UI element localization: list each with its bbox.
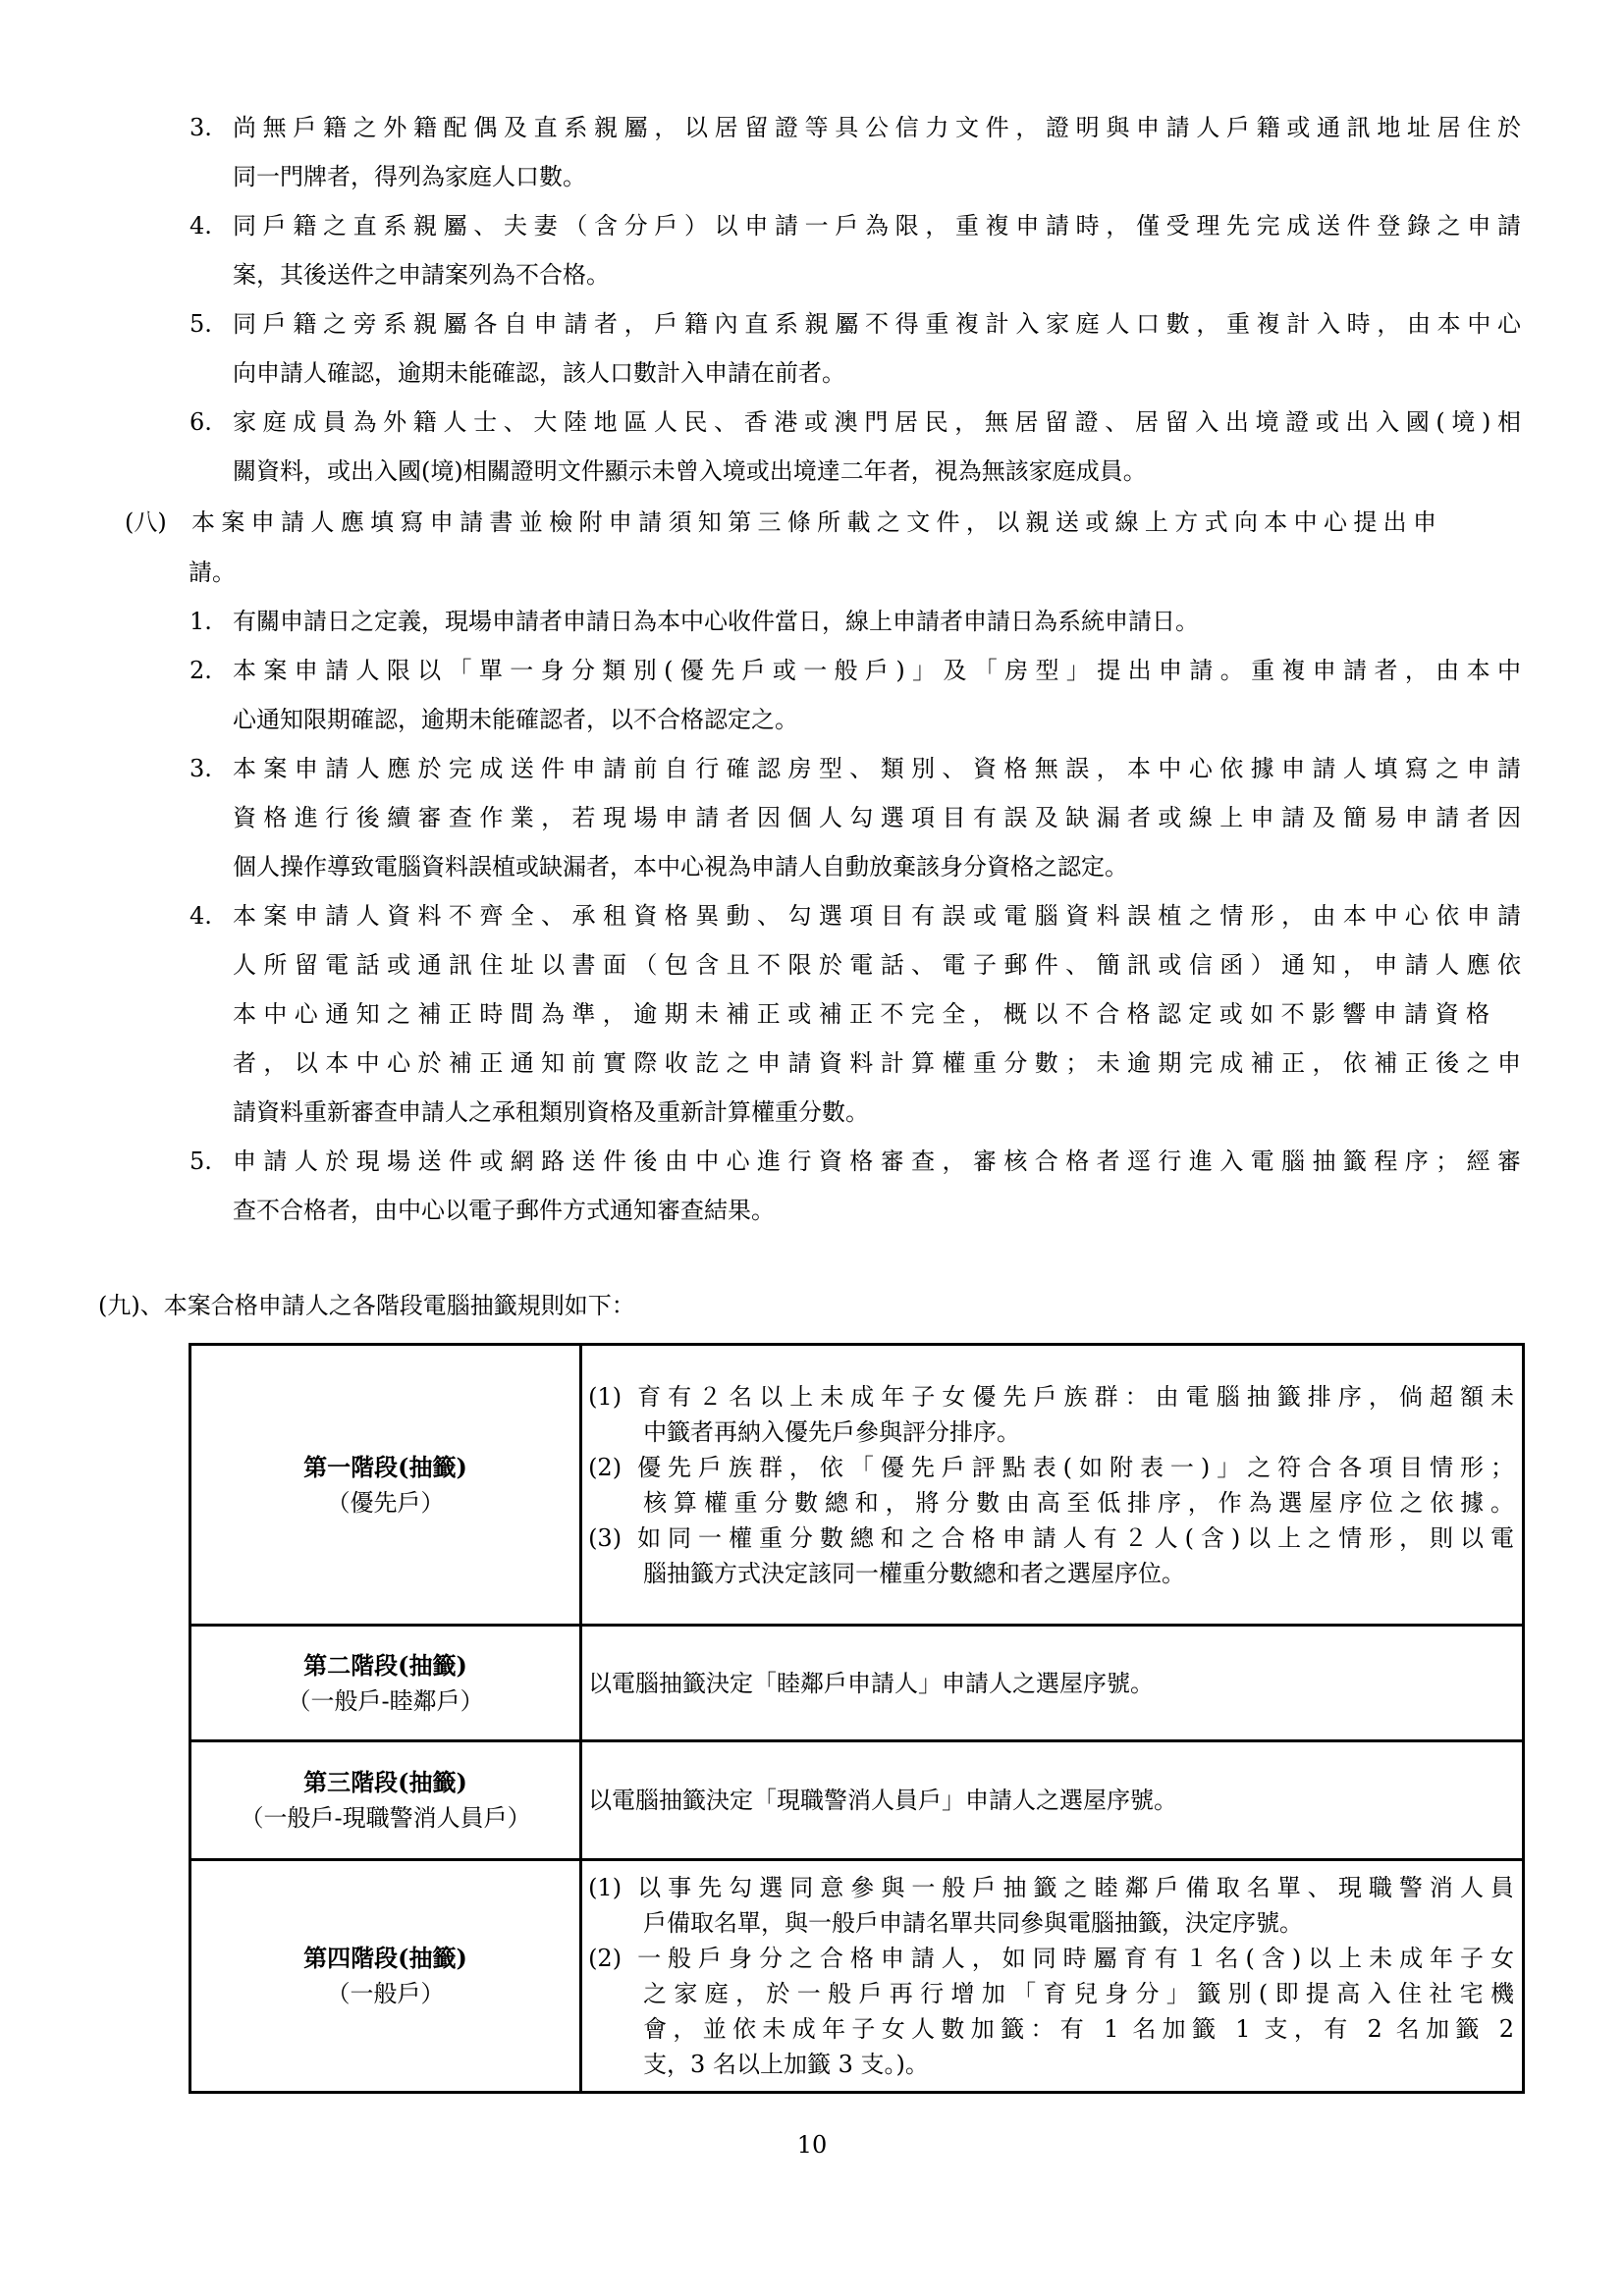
- rule-line: 育有２名以上未成年子女優先戶族群：由電腦抽籤排序，倘超額未: [637, 1379, 1514, 1415]
- stage-subtitle: （優先戶）: [191, 1485, 579, 1521]
- rule-line: 以事先勾選同意參與一般戶抽籤之睦鄰戶備取名單、現職警消人員: [637, 1870, 1514, 1905]
- rule-item: (2)一般戶身分之合格申請人，如同時屬育有１名(含)以上未成年子女 之家庭，於一…: [588, 1941, 1514, 2082]
- item-marker: 5.: [189, 307, 212, 341]
- item-text-line: 本中心通知之補正時間為準，逾期未補正或補正不完全，概以不合格認定或如不影響申請資…: [233, 997, 1489, 1031]
- item-text-line: 本案申請人應於完成送件申請前自行確認房型、類別、資格無誤，本中心依據申請人填寫之…: [233, 752, 1521, 785]
- stage-subtitle: （一般戶）: [191, 1976, 579, 2011]
- rule-line: 一般戶身分之合格申請人，如同時屬育有１名(含)以上未成年子女: [637, 1941, 1514, 1976]
- section-heading-line: 請。: [189, 556, 1434, 589]
- stage-cell: 第一階段(抽籤) （優先戶）: [190, 1345, 581, 1626]
- item-marker: 4.: [189, 209, 212, 242]
- item-marker: 1.: [189, 605, 212, 638]
- item-text-line: 有關申請日之定義，現場申請者申請日為本中心收件當日，線上申請者申請日為系統申請日…: [233, 605, 1521, 638]
- rule-item: (1)以事先勾選同意參與一般戶抽籤之睦鄰戶備取名單、現職警消人員 戶備取名單，與…: [588, 1870, 1514, 1941]
- item-text-line: 個人操作導致電腦資料誤植或缺漏者，本中心視為申請人自動放棄該身分資格之認定。: [233, 850, 1521, 883]
- stage-cell: 第四階段(抽籤) （一般戶）: [190, 1860, 581, 2093]
- rule-line: 腦抽籤方式決定該同一權重分數總和者之選屋序位。: [588, 1556, 1514, 1591]
- rule-item: (2)優先戶族群，依「優先戶評點表(如附表一)」之符合各項目情形； 核算權重分數…: [588, 1450, 1514, 1521]
- item-text-line: 本案申請人限以「單一身分類別(優先戶或一般戶)」及「房型」提出申請。重複申請者，…: [233, 654, 1521, 687]
- rule-marker: (3): [588, 1521, 637, 1556]
- section-heading-line: 本案申請人應填寫申請書並檢附申請須知第三條所載之文件，以親送或線上方式向本中心提…: [191, 506, 1436, 539]
- item-text-line: 關資料，或出入國(境)相關證明文件顯示未曾入境或出境達二年者，視為無該家庭成員。: [233, 454, 1521, 488]
- rule-line: 中籤者再納入優先戶參與評分排序。: [588, 1415, 1514, 1450]
- item-text-line: 案，其後送件之申請案列為不合格。: [233, 258, 1521, 292]
- table-row: 第四階段(抽籤) （一般戶） (1)以事先勾選同意參與一般戶抽籤之睦鄰戶備取名單…: [190, 1860, 1524, 2093]
- rule-line: 之家庭，於一般戶再行增加「育兒身分」籤別(即提高入住社宅機: [588, 1976, 1514, 2011]
- document-page: 3. 尚無戶籍之外籍配偶及直系親屬，以居留證等具公信力文件，證明與申請人戶籍或通…: [0, 0, 1624, 2296]
- stage-title: 第二階段(抽籤): [191, 1648, 579, 1683]
- rule-text: 以電腦抽籤決定「現職警消人員戶」申請人之選屋序號。: [582, 1787, 1177, 1814]
- rule-cell: 以電腦抽籤決定「睦鄰戶申請人」申請人之選屋序號。: [581, 1626, 1524, 1741]
- section-9-heading: (九)、本案合格申請人之各階段電腦抽籤規則如下：: [98, 1289, 884, 1322]
- stage-title: 第四階段(抽籤): [191, 1941, 579, 1976]
- table-row: 第三階段(抽籤) （一般戶-現職警消人員戶） 以電腦抽籤決定「現職警消人員戶」申…: [190, 1741, 1524, 1860]
- item-text-line: 者，以本中心於補正通知前實際收訖之申請資料計算權重分數；未逾期完成補正，依補正後…: [233, 1046, 1521, 1080]
- item-text-line: 本案申請人資料不齊全、承租資格異動、勾選項目有誤或電腦資料誤植之情形，由本中心依…: [233, 899, 1521, 933]
- item-text-line: 人所留電話或通訊住址以書面（包含且不限於電話、電子郵件、簡訊或信函）通知，申請人…: [233, 948, 1521, 982]
- item-text-line: 申請人於現場送件或網路送件後由中心進行資格審查，審核合格者逕行進入電腦抽籤程序；…: [233, 1145, 1521, 1178]
- item-text-line: 向申請人確認，逾期未能確認，該人口數計入申請在前者。: [233, 356, 1521, 390]
- item-text-line: 同戶籍之直系親屬、夫妻（含分戶）以申請一戶為限，重複申請時，僅受理先完成送件登錄…: [233, 209, 1521, 242]
- rule-line: 戶備取名單，與一般戶申請名單共同參與電腦抽籤，決定序號。: [588, 1905, 1514, 1941]
- rule-line: 核算權重分數總和，將分數由高至低排序，作為選屋序位之依據。: [588, 1485, 1514, 1521]
- item-text-line: 家庭成員為外籍人士、大陸地區人民、香港或澳門居民，無居留證、居留入出境證或出入國…: [233, 405, 1521, 439]
- item-marker: 4.: [189, 899, 212, 933]
- rule-item: (3)如同一權重分數總和之合格申請人有２人(含)以上之情形，則以電 腦抽籤方式決…: [588, 1521, 1514, 1591]
- stage-title: 第一階段(抽籤): [191, 1450, 579, 1485]
- item-text-line: 請資料重新審查申請人之承租類別資格及重新計算權重分數。: [233, 1095, 1521, 1129]
- rule-line: 優先戶族群，依「優先戶評點表(如附表一)」之符合各項目情形；: [637, 1450, 1514, 1485]
- table-row: 第一階段(抽籤) （優先戶） (1)育有２名以上未成年子女優先戶族群：由電腦抽籤…: [190, 1345, 1524, 1626]
- rule-line: 如同一權重分數總和之合格申請人有２人(含)以上之情形，則以電: [637, 1521, 1514, 1556]
- item-marker: 5.: [189, 1145, 212, 1178]
- rule-item: (1)育有２名以上未成年子女優先戶族群：由電腦抽籤排序，倘超額未 中籤者再納入優…: [588, 1379, 1514, 1450]
- rule-cell: (1)以事先勾選同意參與一般戶抽籤之睦鄰戶備取名單、現職警消人員 戶備取名單，與…: [581, 1860, 1524, 2093]
- rule-cell: 以電腦抽籤決定「現職警消人員戶」申請人之選屋序號。: [581, 1741, 1524, 1860]
- stage-title: 第三階段(抽籤): [191, 1765, 579, 1800]
- item-text-line: 同一門牌者，得列為家庭人口數。: [233, 160, 1521, 193]
- item-marker: 3.: [189, 111, 212, 144]
- lottery-rules-table: 第一階段(抽籤) （優先戶） (1)育有２名以上未成年子女優先戶族群：由電腦抽籤…: [189, 1343, 1525, 2094]
- item-text-line: 查不合格者，由中心以電子郵件方式通知審查結果。: [233, 1194, 1521, 1227]
- rule-marker: (1): [588, 1870, 637, 1905]
- rule-line: 會，並依未成年子女人數加籤：有 1 名加籤 1 支，有 2 名加籤 2: [588, 2011, 1514, 2047]
- item-text-line: 同戶籍之旁系親屬各自申請者，戶籍內直系親屬不得重複計入家庭人口數，重複計入時，由…: [233, 307, 1521, 341]
- table-row: 第二階段(抽籤) （一般戶-睦鄰戶） 以電腦抽籤決定「睦鄰戶申請人」申請人之選屋…: [190, 1626, 1524, 1741]
- rule-line: 支，3 名以上加籤 3 支。)。: [588, 2047, 1514, 2082]
- stage-cell: 第三階段(抽籤) （一般戶-現職警消人員戶）: [190, 1741, 581, 1860]
- page-number: 10: [0, 2128, 1624, 2162]
- rule-marker: (2): [588, 1450, 637, 1485]
- item-marker: 2.: [189, 654, 212, 687]
- item-marker: 3.: [189, 752, 212, 785]
- item-text-line: 心通知限期確認，逾期未能確認者，以不合格認定之。: [233, 703, 1521, 736]
- rule-marker: (1): [588, 1379, 637, 1415]
- section-marker: (八): [125, 506, 167, 539]
- rule-text: 以電腦抽籤決定「睦鄰戶申請人」申請人之選屋序號。: [582, 1670, 1154, 1697]
- stage-subtitle: （一般戶-睦鄰戶）: [191, 1683, 579, 1719]
- item-marker: 6.: [189, 405, 212, 439]
- stage-subtitle: （一般戶-現職警消人員戶）: [191, 1800, 579, 1836]
- rule-marker: (2): [588, 1941, 637, 1976]
- item-text-line: 資格進行後續審查作業，若現場申請者因個人勾選項目有誤及缺漏者或線上申請及簡易申請…: [233, 801, 1521, 834]
- stage-cell: 第二階段(抽籤) （一般戶-睦鄰戶）: [190, 1626, 581, 1741]
- item-text-line: 尚無戶籍之外籍配偶及直系親屬，以居留證等具公信力文件，證明與申請人戶籍或通訊地址…: [233, 111, 1521, 144]
- rule-cell: (1)育有２名以上未成年子女優先戶族群：由電腦抽籤排序，倘超額未 中籤者再納入優…: [581, 1345, 1524, 1626]
